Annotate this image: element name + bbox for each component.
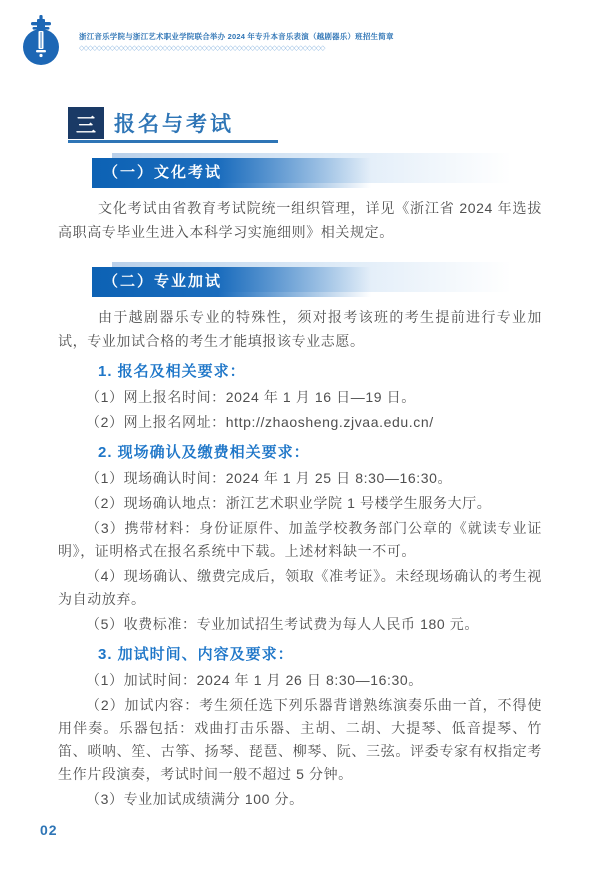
document-title: 浙江音乐学院与浙江艺术职业学院联合举办 2024 年专升本音乐表演（越剧器乐）班… bbox=[79, 31, 394, 42]
list-item-confirmation-place: （2）现场确认地点：浙江艺术职业学院 1 号楼学生服务大厅。 bbox=[58, 492, 542, 515]
page-header: 浙江音乐学院与浙江艺术职业学院联合举办 2024 年专升本音乐表演（越剧器乐）班… bbox=[20, 14, 394, 68]
list-item-test-time: （1）加试时间：2024 年 1 月 26 日 8:30—16:30。 bbox=[58, 669, 542, 692]
page-number: 02 bbox=[40, 822, 58, 838]
section-number-badge: 三 bbox=[68, 107, 104, 139]
list-item-materials: （3）携带材料：身份证原件、加盖学校教务部门公章的《就读专业证明》，证明格式在报… bbox=[58, 517, 542, 563]
title-underline-decor bbox=[68, 140, 278, 143]
group-heading-confirmation: 2. 现场确认及缴费相关要求： bbox=[98, 441, 542, 465]
list-item-fee: （5）收费标准：专业加试招生考试费为每人人民币 180 元。 bbox=[58, 613, 542, 636]
list-item-test-score: （3）专业加试成绩满分 100 分。 bbox=[58, 788, 542, 811]
list-item-test-content: （2）加试内容：考生须任选下列乐器背谱熟练演奏乐曲一首，不得使用伴奏。乐器包括：… bbox=[58, 694, 542, 786]
major-test-paragraph: 由于越剧器乐专业的特殊性，须对报考该班的考生提前进行专业加试，专业加试合格的考生… bbox=[58, 305, 542, 353]
list-item-registration-url: （2）网上报名网址：http://zhaosheng.zjvaa.edu.cn/ bbox=[58, 411, 542, 434]
list-item-registration-time: （1）网上报名时间：2024 年 1 月 16 日—19 日。 bbox=[58, 386, 542, 409]
chain-decoration: ◇◇◇◇◇◇◇◇◇◇◇◇◇◇◇◇◇◇◇◇◇◇◇◇◇◇◇◇◇◇◇◇◇◇◇◇◇◇◇◇… bbox=[79, 45, 363, 53]
list-item-confirmation-time: （1）现场确认时间：2024 年 1 月 25 日 8:30—16:30。 bbox=[58, 467, 542, 490]
group-heading-test-content: 3. 加试时间、内容及要求： bbox=[98, 643, 542, 667]
subsection-banner-major-test: （二）专业加试 bbox=[92, 267, 542, 297]
page-content: 三 报名与考试 （一）文化考试 文化考试由省教育考试院统一组织管理，详见《浙江省… bbox=[58, 106, 542, 811]
section-heading: 三 报名与考试 bbox=[58, 106, 542, 143]
list-item-admission-ticket: （4）现场确认、缴费完成后，领取《准考证》。未经现场确认的考生视为自动放弃。 bbox=[58, 565, 542, 611]
subsection-banner-major-label: （二）专业加试 bbox=[92, 267, 542, 297]
group-heading-registration: 1. 报名及相关要求： bbox=[98, 360, 542, 384]
culture-exam-paragraph: 文化考试由省教育考试院统一组织管理，详见《浙江省 2024 年选拔高职高专毕业生… bbox=[58, 196, 542, 244]
header-text-block: 浙江音乐学院与浙江艺术职业学院联合举办 2024 年专升本音乐表演（越剧器乐）班… bbox=[79, 14, 394, 53]
subsection-banner-culture-exam: （一）文化考试 bbox=[92, 158, 542, 188]
section-title-text: 报名与考试 bbox=[114, 108, 234, 138]
music-instrument-logo-icon bbox=[20, 14, 66, 68]
subsection-banner-culture-label: （一）文化考试 bbox=[92, 158, 542, 188]
